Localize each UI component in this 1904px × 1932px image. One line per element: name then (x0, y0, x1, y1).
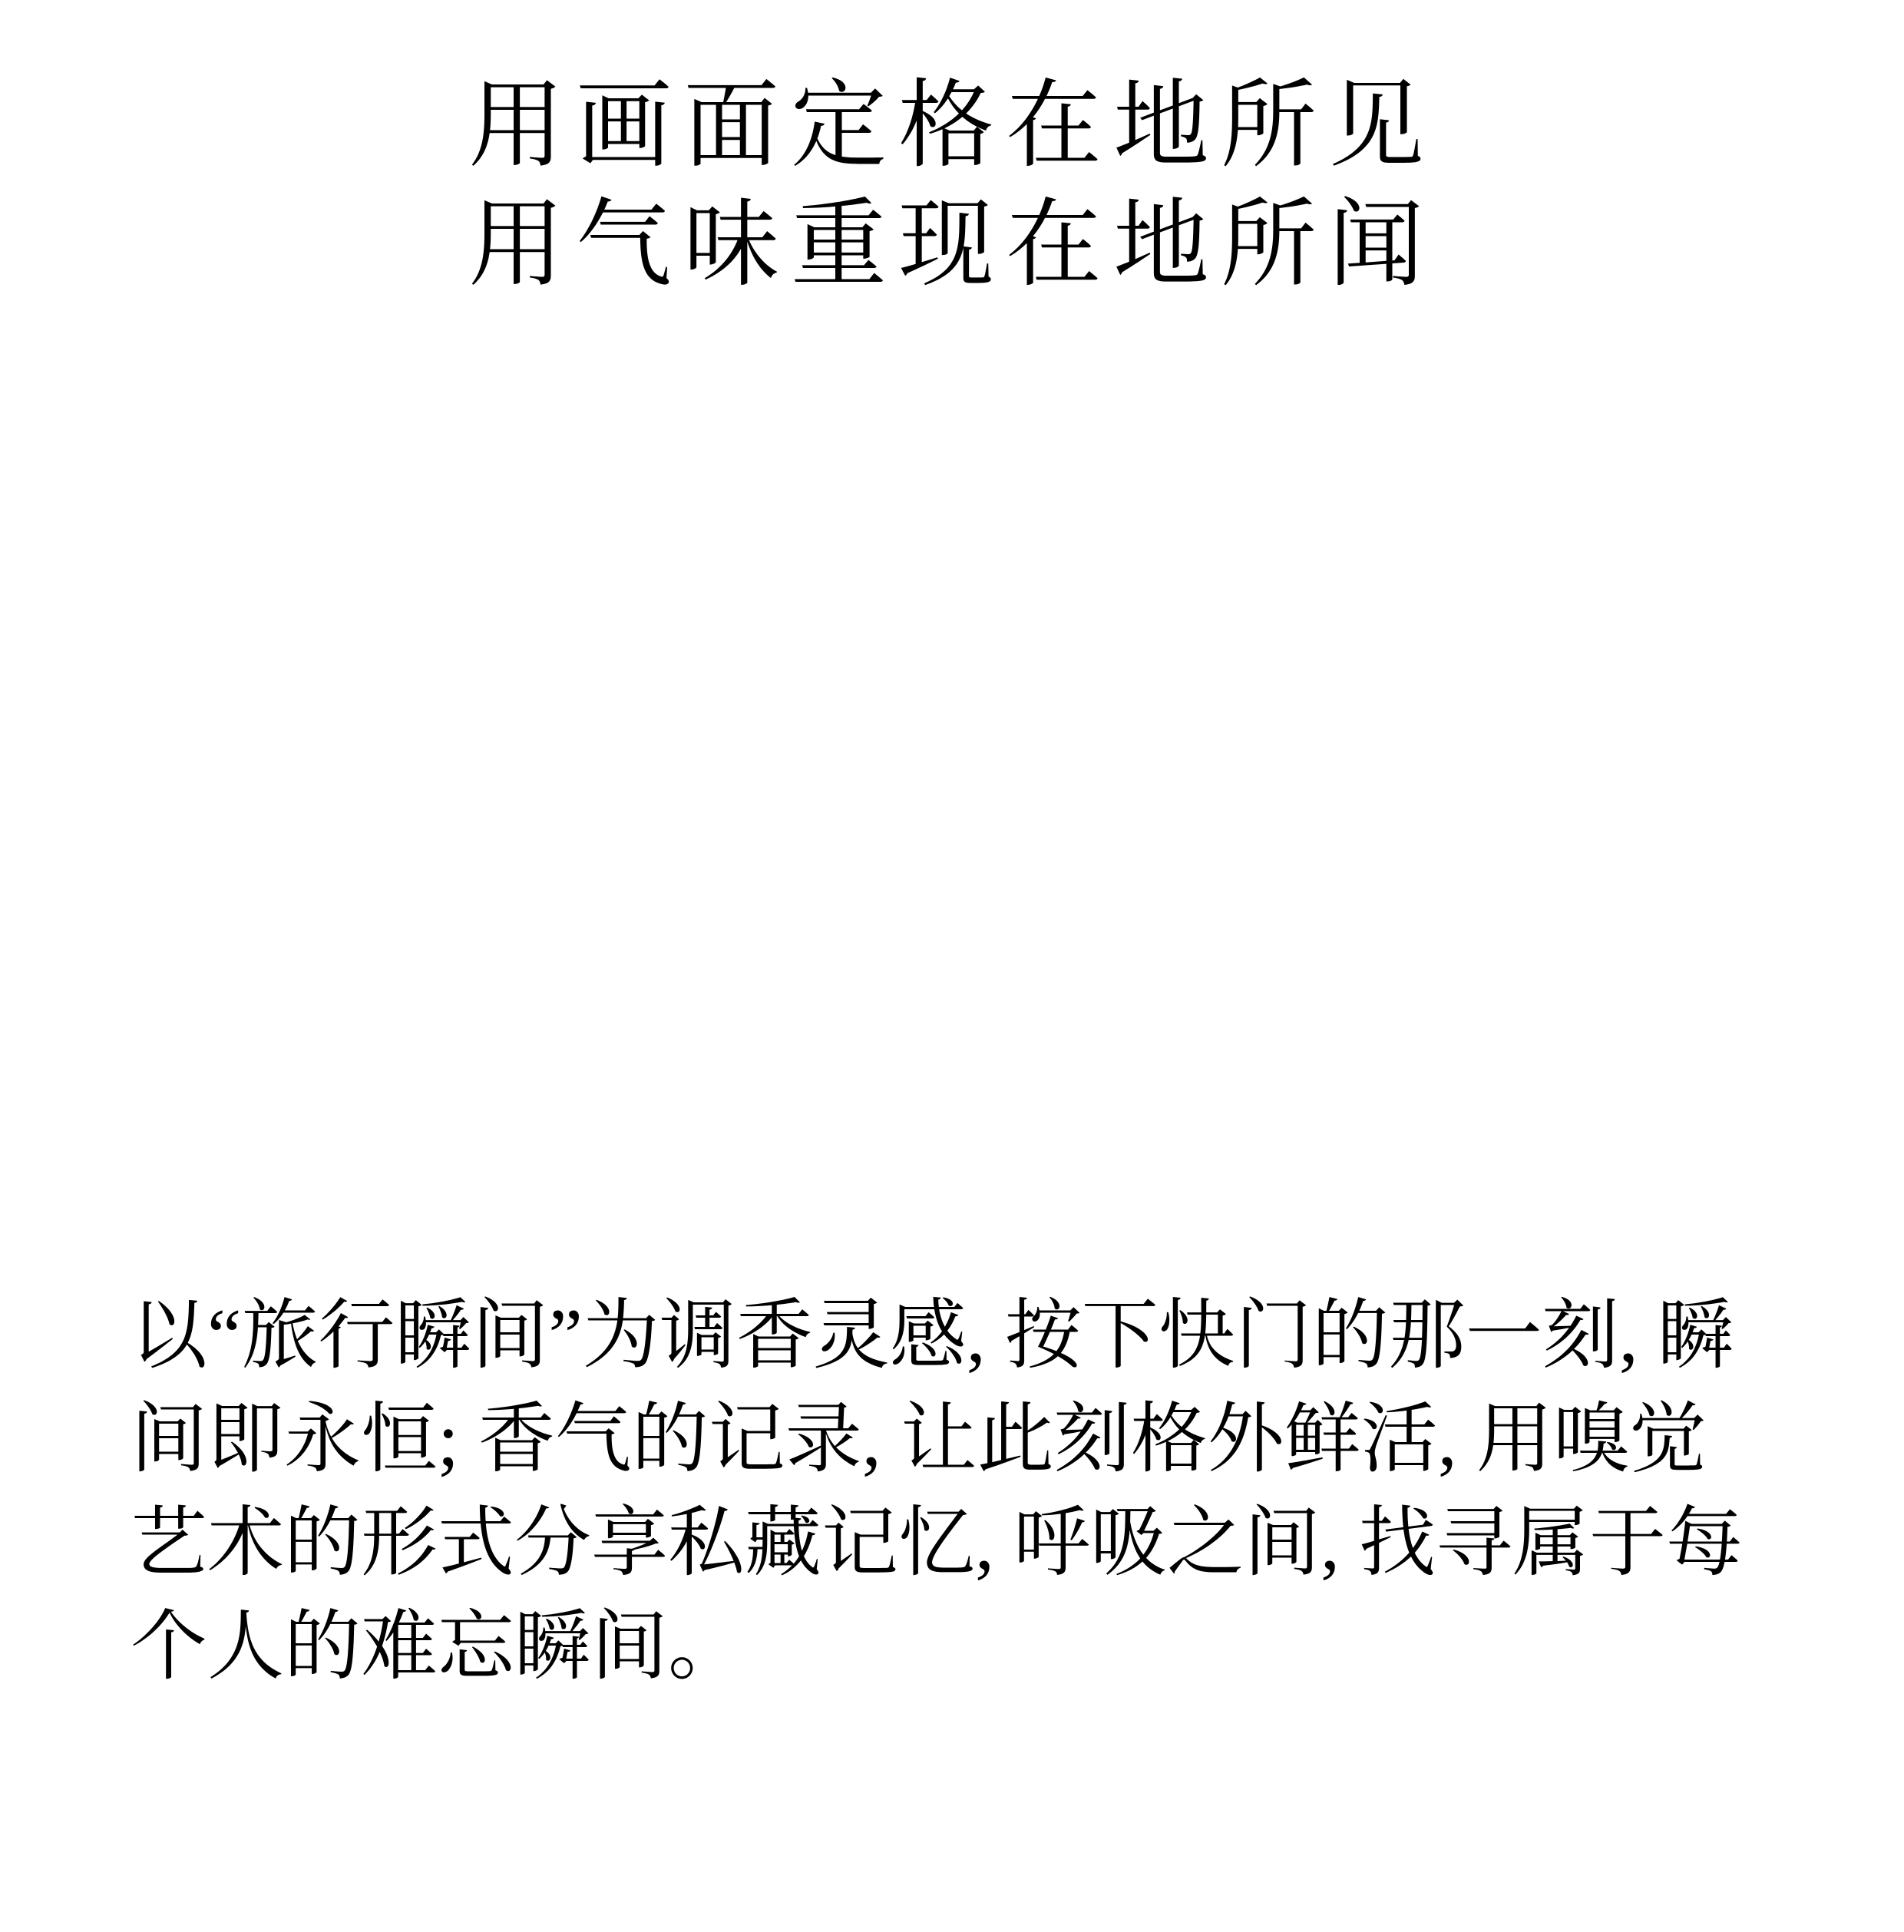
body-paragraph: 以“旅行瞬间”为调香灵感, 按下快门的那一刻, 瞬 间即永恒; 香气的记录, 让… (131, 1284, 1804, 1699)
paragraph-line-2: 间即永恒; 香气的记录, 让此刻格外鲜活, 用嗅觉 (131, 1388, 1804, 1491)
paragraph-line-1: 以“旅行瞬间”为调香灵感, 按下快门的那一刻, 瞬 (131, 1284, 1804, 1388)
heading-line-2: 用气味重现在地所闻 (0, 187, 1904, 306)
page-heading: 用画面定格在地所见 用气味重现在地所闻 (0, 68, 1904, 306)
paragraph-line-4: 个人的难忘瞬间。 (131, 1595, 1804, 1699)
heading-line-1: 用画面定格在地所见 (0, 68, 1904, 187)
page: 用画面定格在地所见 用气味重现在地所闻 以“旅行瞬间”为调香灵感, 按下快门的那… (0, 0, 1904, 1932)
paragraph-line-3: 艺术的形式分享私藏记忆, 呼吸之间, 找寻属于每 (131, 1491, 1804, 1595)
